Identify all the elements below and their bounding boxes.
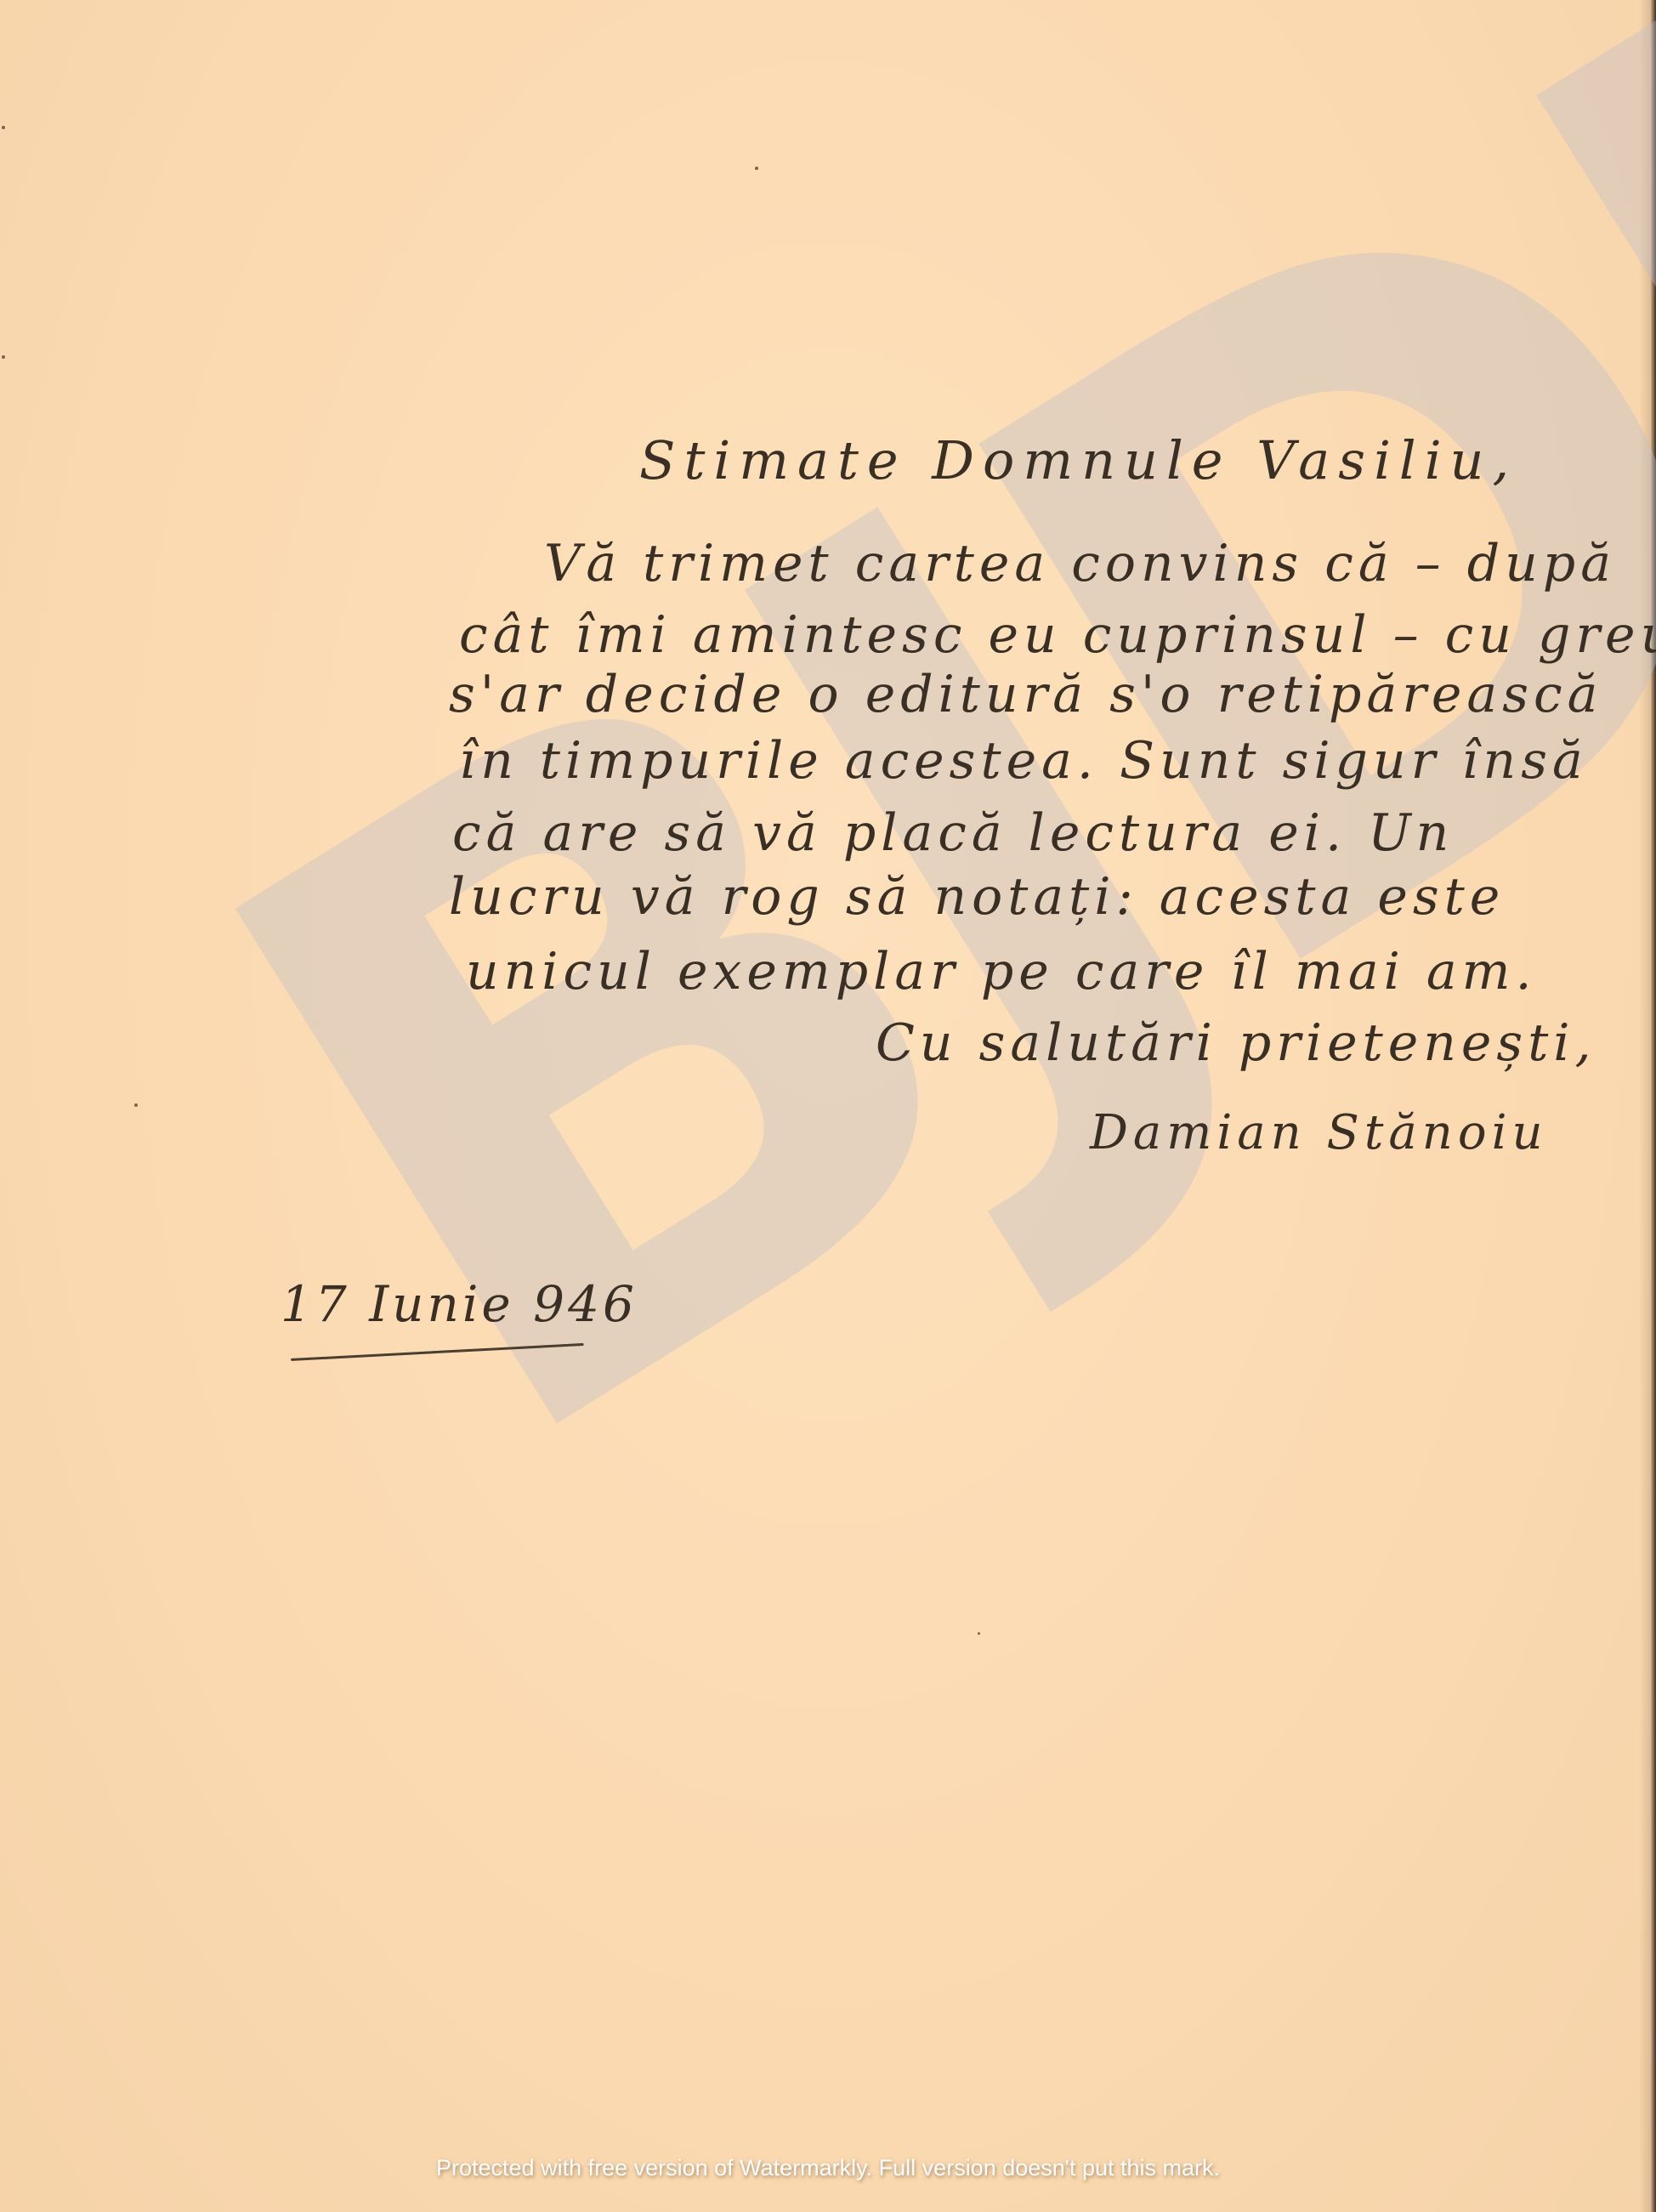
- page-right-edge: [1651, 0, 1656, 2212]
- letter-body-line: cât îmi amintesc eu cuprinsul – cu greu: [459, 605, 1656, 665]
- letter-salutation: Stimate Domnule Vasiliu,: [639, 429, 1517, 491]
- paper-speck: [978, 1632, 980, 1635]
- paper-speck: [2, 355, 5, 359]
- letter-body-line: în timpurile acestea. Sunt sigur însă: [459, 731, 1588, 791]
- letter-body-line: s'ar decide o editură s'o retipărească: [449, 665, 1602, 724]
- letter-signature: Damian Stănoiu: [1090, 1105, 1548, 1160]
- letter-body-line: unicul exemplar pe care îl mai am.: [466, 942, 1537, 1001]
- paper-speck: [134, 1103, 138, 1107]
- paper-speck: [755, 167, 758, 170]
- page-edge-shadow: [1639, 0, 1651, 2212]
- watermarkly-notice: Protected with free version of Watermark…: [0, 2155, 1656, 2181]
- letter-closing: Cu salutări prietenești,: [876, 1013, 1596, 1073]
- letter-body-line: lucru vă rog să notați: acesta este: [449, 867, 1505, 927]
- paper-speck: [2, 126, 5, 129]
- letter-body-line: Vă trimet cartea convins că – după: [544, 534, 1616, 593]
- letter-date: 17 Iunie 946: [281, 1275, 638, 1333]
- letter-body-line: că are să vă placă lectura ei. Un: [452, 803, 1454, 863]
